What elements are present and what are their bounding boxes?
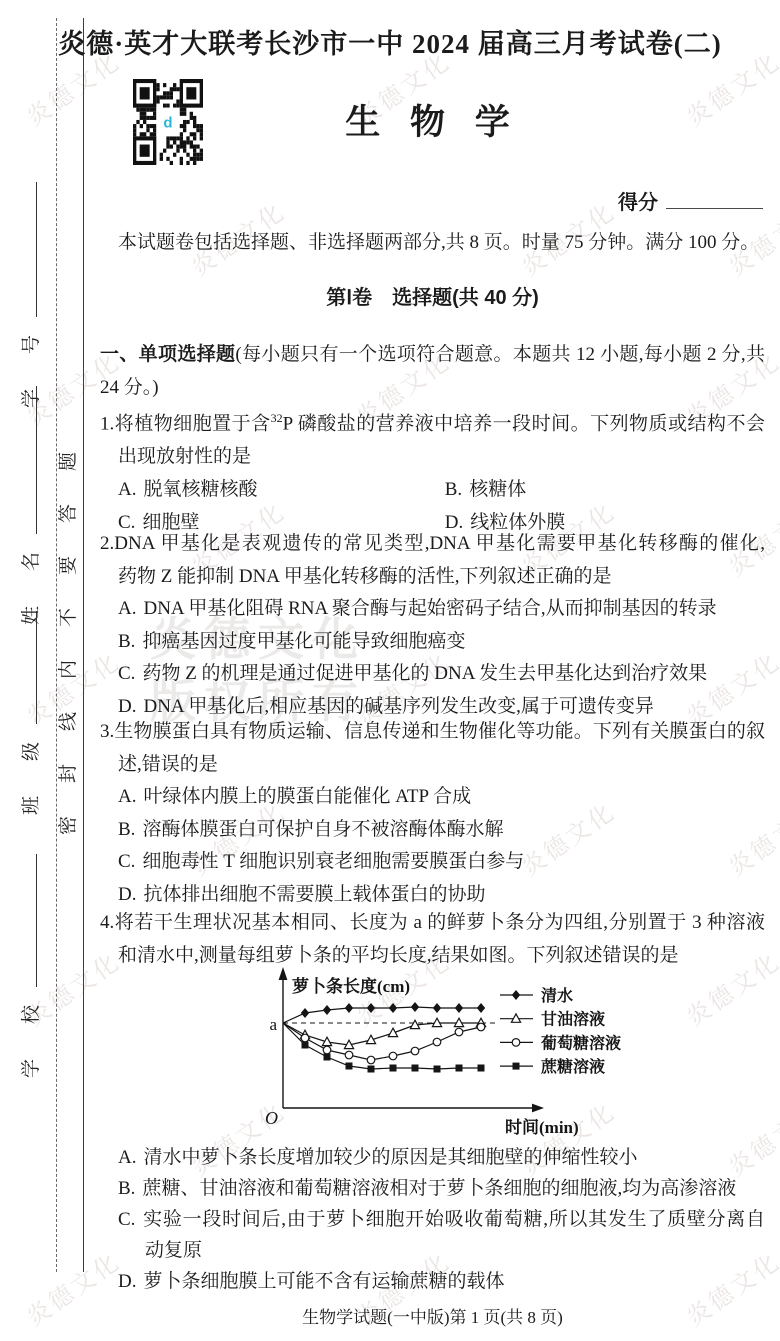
question-1-text-cont: P 磷酸盐的营养液中培养一段时间。下列物质或结构不会 <box>283 413 765 434</box>
q4-line-chart: 萝卜条长度(cm)时间(min)aO清水甘油溶液葡萄糖溶液蔗糖溶液 <box>248 960 623 1145</box>
svg-text:蔗糖溶液: 蔗糖溶液 <box>541 1057 605 1076</box>
seal-dashed-line <box>56 18 57 1272</box>
option-a-label: A. <box>118 479 136 500</box>
option-d-text: 萝卜条细胞膜上可能不含有运输蔗糖的载体 <box>143 1271 504 1292</box>
question-2-options: A.DNA 甲基化阻碍 RNA 聚合酶与起始密码子结合,从而抑制基因的转录 B.… <box>100 593 765 723</box>
option-d-text: 抗体排出细胞不需要膜上载体蛋白的协助 <box>143 884 485 905</box>
option-b-label: B. <box>118 1178 135 1199</box>
score-blank <box>666 208 763 209</box>
exam-page: 炎德文化炎德文化炎德文化炎德文化炎德文化炎德文化炎德文化炎德文化炎德文化炎德文化… <box>0 0 780 1341</box>
option-a-text: DNA 甲基化阻碍 RNA 聚合酶与起始密码子结合,从而抑制基因的转录 <box>143 598 716 619</box>
seal-line-text: 密封线内不要答题 <box>58 419 80 835</box>
option-a: A.脱氧核糖核酸 <box>118 473 440 506</box>
class-label: 班 级 <box>21 734 42 815</box>
student-id-blank <box>20 182 37 317</box>
question-4-number: 4. <box>100 912 114 933</box>
option-a-text: 叶绿体内膜上的膜蛋白能催化 ATP 合成 <box>143 786 471 807</box>
option-d-label: D. <box>118 696 136 717</box>
option-c: C.实验一段时间后,由于萝卜细胞开始吸收葡萄糖,所以其发生了质壁分离自 <box>118 1204 765 1235</box>
superscript-32: 32 <box>271 411 283 425</box>
class-blank <box>20 611 37 724</box>
option-b-text: 溶酶体膜蛋白可保护自身不被溶酶体酶水解 <box>142 819 503 840</box>
part1-heading-cont: 24 分。) <box>100 371 765 404</box>
question-2-text: DNA 甲基化是表观遗传的常见类型,DNA 甲基化需要甲基化转移酶的催化, <box>114 533 765 554</box>
option-a-label: A. <box>118 786 136 807</box>
option-a-text: 脱氧核糖核酸 <box>143 479 257 500</box>
option-d: D.萝卜条细胞膜上可能不含有运输蔗糖的载体 <box>118 1266 765 1297</box>
option-a: A.DNA 甲基化阻碍 RNA 聚合酶与起始密码子结合,从而抑制基因的转录 <box>118 593 765 626</box>
section-title: 第Ⅰ卷 选择题(共 40 分) <box>100 281 765 310</box>
option-a: A.清水中萝卜条长度增加较少的原因是其细胞壁的伸缩性较小 <box>118 1142 765 1173</box>
option-c: C.药物 Z 的机理是通过促进甲基化的 DNA 发生去甲基化达到治疗效果 <box>118 658 765 691</box>
svg-text:葡萄糖溶液: 葡萄糖溶液 <box>541 1033 621 1052</box>
option-a-label: A. <box>118 598 136 619</box>
question-4-options: A.清水中萝卜条长度增加较少的原因是其细胞壁的伸缩性较小 B.蔗糖、甘油溶液和葡… <box>100 1142 765 1297</box>
option-c-label: C. <box>118 663 135 684</box>
question-3: 3.生物膜蛋白具有物质运输、信息传递和生物催化等功能。下列有关膜蛋白的叙 述,错… <box>100 716 765 911</box>
question-3-text: 生物膜蛋白具有物质运输、信息传递和生物催化等功能。下列有关膜蛋白的叙 <box>114 721 765 742</box>
option-d-label: D. <box>118 1271 136 1292</box>
sidebar-field-class: 班 级 <box>20 611 43 815</box>
svg-text:时间(min): 时间(min) <box>505 1117 579 1137</box>
option-a-label: A. <box>118 1147 136 1168</box>
intro-text: 本试题卷包括选择题、非选择题两部分,共 8 页。时量 75 分钟。满分 100 … <box>118 227 759 254</box>
svg-text:萝卜条长度(cm): 萝卜条长度(cm) <box>292 976 410 996</box>
question-2-number: 2. <box>100 533 114 554</box>
sidebar-field-student-id: 学 号 <box>20 182 43 408</box>
part1-heading: 一、单项选择题(每小题只有一个选项符合题意。本题共 12 小题,每小题 2 分,… <box>100 338 765 404</box>
option-c-label: C. <box>118 851 135 872</box>
option-b: B.抑癌基因过度甲基化可能导致细胞癌变 <box>118 626 765 659</box>
option-d-label: D. <box>118 884 136 905</box>
option-c-text: 实验一段时间后,由于萝卜细胞开始吸收葡萄糖,所以其发生了质壁分离自 <box>142 1209 765 1230</box>
option-b-label: B. <box>118 631 135 652</box>
seal-solid-line <box>83 18 84 1272</box>
question-3-options: A.叶绿体内膜上的膜蛋白能催化 ATP 合成 B.溶酶体膜蛋白可保护自身不被溶酶… <box>100 781 765 911</box>
question-1: 1.将植物细胞置于含32P 磷酸盐的营养液中培养一段时间。下列物质或结构不会 出… <box>100 402 765 539</box>
footer-page-label: 生物学试题(一中版)第 1 页(共 8 页) <box>100 1303 765 1328</box>
question-2: 2.DNA 甲基化是表观遗传的常见类型,DNA 甲基化需要甲基化转移酶的催化, … <box>100 528 765 723</box>
school-label: 学 校 <box>21 997 42 1078</box>
option-c-label: C. <box>118 1209 135 1230</box>
part1-heading-rest: (每小题只有一个选项符合题意。本题共 12 小题,每小题 2 分,共 <box>235 344 765 365</box>
option-b-label: B. <box>118 819 135 840</box>
question-1-text: 将植物细胞置于含 <box>114 413 270 434</box>
option-c: C.细胞毒性 T 细胞识别衰老细胞需要膜蛋白参与 <box>118 846 765 879</box>
option-c-line2: 动复原 <box>118 1235 765 1266</box>
question-2-line2: 药物 Z 能抑制 DNA 甲基化转移酶的活性,下列叙述正确的是 <box>100 561 765 594</box>
option-b-text: 抑癌基因过度甲基化可能导致细胞癌变 <box>142 631 465 652</box>
question-4-text: 将若干生理状况基本相同、长度为 a 的鲜萝卜条分为四组,分别置于 3 种溶液 <box>114 912 765 933</box>
option-d-text: DNA 甲基化后,相应基因的碱基序列发生改变,属于可遗传变异 <box>143 696 653 717</box>
sidebar-field-school: 学 校 <box>20 854 43 1078</box>
subject-title: 生 物 学 <box>100 95 765 145</box>
svg-text:a: a <box>269 1015 277 1034</box>
option-b-text: 蔗糖、甘油溶液和葡萄糖溶液相对于萝卜条细胞的细胞液,均为高渗溶液 <box>142 1178 736 1199</box>
score-label: 得分 <box>618 186 658 215</box>
option-b: B.蔗糖、甘油溶液和葡萄糖溶液相对于萝卜条细胞的细胞液,均为高渗溶液 <box>118 1173 765 1204</box>
school-blank <box>20 854 37 987</box>
option-b: B.溶酶体膜蛋白可保护自身不被溶酶体酶水解 <box>118 814 765 847</box>
question-1-number: 1. <box>100 413 114 434</box>
option-b-text: 核糖体 <box>469 479 526 500</box>
part1-heading-bold: 一、单项选择题 <box>100 344 235 365</box>
sidebar-field-name: 姓 名 <box>20 386 43 625</box>
option-c-text: 细胞毒性 T 细胞识别衰老细胞需要膜蛋白参与 <box>142 851 524 872</box>
option-a-text: 清水中萝卜条长度增加较少的原因是其细胞壁的伸缩性较小 <box>143 1147 637 1168</box>
option-row: A.脱氧核糖核酸 B.核糖体 <box>118 473 765 506</box>
question-1-line2: 出现放射性的是 <box>100 440 765 473</box>
exam-title: 炎德·英才大联考长沙市一中 2024 届高三月考试卷(二) <box>0 22 780 61</box>
svg-text:清水: 清水 <box>541 987 573 1005</box>
svg-text:甘油溶液: 甘油溶液 <box>541 1010 605 1029</box>
question-3-number: 3. <box>100 721 114 742</box>
option-b: B.核糖体 <box>445 473 526 506</box>
option-b-label: B. <box>445 479 462 500</box>
question-3-line2: 述,错误的是 <box>100 749 765 782</box>
name-blank <box>20 386 37 534</box>
option-a: A.叶绿体内膜上的膜蛋白能催化 ATP 合成 <box>118 781 765 814</box>
option-c-text: 药物 Z 的机理是通过促进甲基化的 DNA 发生去甲基化达到治疗效果 <box>142 663 707 684</box>
svg-text:O: O <box>265 1108 278 1128</box>
